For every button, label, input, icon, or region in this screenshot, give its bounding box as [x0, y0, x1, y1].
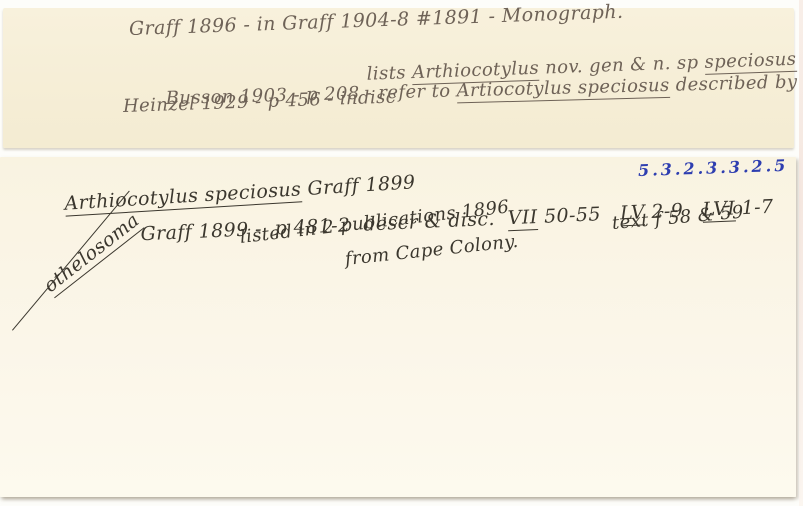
- bottom-index-card: 5.3.2.3.3.2.5 Arthiocotylus speciosus Gr…: [0, 157, 796, 497]
- scan-edge-artifact: [799, 0, 803, 506]
- note-text: 50-55: [537, 202, 620, 228]
- note-text: described by Graff -: [669, 70, 803, 96]
- scanned-index-cards: Graff 1896 - in Graff 1904-8 #1891 - Mon…: [0, 0, 803, 506]
- note-line-busson-1903: Busson 1903 - p 208 - refer to Artiocoty…: [128, 49, 803, 131]
- species-binomial-underlined: Artiocotylus speciosus: [456, 75, 670, 104]
- top-index-card: Graff 1896 - in Graff 1904-8 #1891 - Mon…: [3, 8, 794, 148]
- note-line-graff-1896: Graff 1896 - in Graff 1904-8 #1891 - Mon…: [129, 1, 624, 40]
- plate-number-underlined: VII: [507, 206, 538, 231]
